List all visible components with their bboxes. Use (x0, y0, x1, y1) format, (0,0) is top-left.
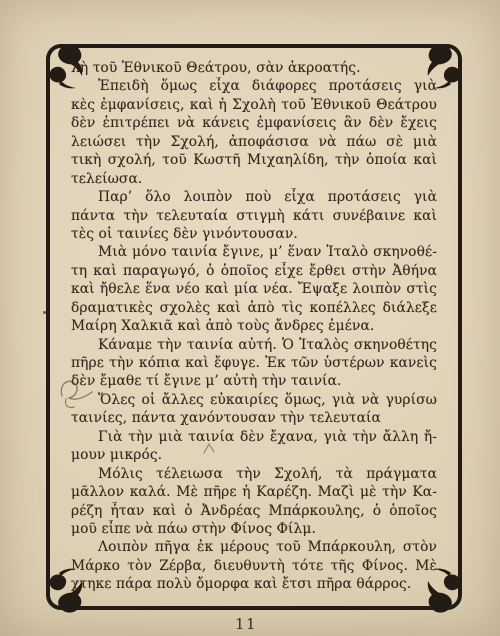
text-line: Παρ’ ὅλο λοιπὸν ποὺ εἶχα προτάσεις γιὰ τ… (71, 188, 437, 206)
text-line: μουν μικρός. (71, 446, 437, 464)
text-line: ρέζη ἦταν καὶ ὁ Ἀνδρέας Μπάρκουλης, ὁ ὁπ… (71, 502, 437, 520)
text-line: ταινίες, πάντα χανόντουσαν τὴν τελευταία… (71, 409, 437, 427)
text-line: δὲν ἐπιτρέπει νὰ κάνεις ἐμφανίσεις ἂν δὲ… (71, 114, 437, 132)
text-line: Λοιπὸν πῆγα ἐκ μέρους τοῦ Μπάρκουλη, στὸ… (71, 538, 437, 556)
pen-scribble-mark (56, 372, 114, 410)
text-line: Ὅλες οἱ ἄλλες εὐκαιρίες ὅμως, γιὰ νὰ γυρ… (71, 391, 437, 409)
text-line: Μόλις τέλειωσα τὴν Σχολή, τὰ πράγματα πῆ… (71, 465, 437, 483)
text-line: τελείωσα. (71, 170, 437, 188)
text-line: τικὴ σχολή, τοῦ Κωστῆ Μιχαηλίδη, τὴν ὁπο… (71, 151, 437, 169)
text-line: Κάναμε τὴν ταινία αὐτή. Ὁ Ἰταλὸς σκηνοθέ… (71, 336, 437, 354)
page-number: 11 (30, 615, 462, 633)
ink-speck (43, 311, 46, 314)
page-text: λὴ τοῦ Ἐθνικοῦ Θεάτρου, σὰν ἀκροατής. Ἐπ… (71, 59, 437, 594)
text-line: Μιὰ μόνο ταινία ἔγινε, μ’ ἕναν Ἰταλὸ σκη… (71, 243, 437, 261)
text-line: πάντα τὴν τελευταία στιγμὴ κάτι συνέβαιν… (71, 207, 437, 225)
text-line: λειώσει τὴν Σχολή, ἀποφάσισα νὰ πάω σὲ μ… (71, 133, 437, 151)
text-line: μᾶλλον καλά. Μὲ πῆρε ἡ Καρέζη. Μαζὶ μὲ τ… (71, 483, 437, 501)
text-line: μοῦ εἶπε νὰ πάω στὴν Φίνος Φίλμ. (71, 520, 437, 538)
scanned-book-page: λὴ τοῦ Ἐθνικοῦ Θεάτρου, σὰν ἀκροατής. Ἐπ… (0, 0, 500, 636)
text-line: Γιὰ τὴν μιὰ ταινία δὲν ἔχανα, γιὰ τὴν ἄλ… (71, 428, 437, 446)
text-line: χτηκε πάρα πολὺ ὄμορφα καὶ ἔτσι πῆρα θάρ… (71, 575, 437, 593)
text-line: τη καὶ παραγωγό, ὁ ὁποῖος εἶχε ἔρθει στὴ… (71, 262, 437, 280)
text-line: πῆρε τὴν κόπια καὶ ἔφυγε. Ἐκ τῶν ὑστέρων… (71, 354, 437, 372)
text-line: καὶ ἤθελε ἕνα νέο καὶ μία νέα. Ἔψαξε λοι… (71, 280, 437, 298)
pen-tick-mark (201, 441, 217, 456)
text-line: κὲς ἐμφανίσεις, καὶ ἡ Σχολὴ τοῦ Ἐθνικοῦ … (71, 96, 437, 114)
text-line: λὴ τοῦ Ἐθνικοῦ Θεάτρου, σὰν ἀκροατής. (71, 59, 437, 77)
text-line: Μάρκο τὸν Ζέρβα, διευθυντὴ τότε τῆς Φίνο… (71, 557, 437, 575)
text-line: δὲν ἔμαθε τί ἔγινε μ’ αὐτὴ τὴν ταινία. (71, 372, 437, 390)
text-line: τὲς οἱ ταινίες δὲν γινόντουσαν. (71, 225, 437, 243)
text-line: δραματικὲς σχολὲς καὶ ἀπὸ τὶς κοπέλλες δ… (71, 299, 437, 317)
text-line: Μαίρη Χαλκιᾶ καὶ ἀπὸ τοὺς ἄνδρες ἐμένα. (71, 317, 437, 335)
text-line: Ἐπειδὴ ὅμως εἶχα διάφορες προτάσεις γιὰ … (71, 77, 437, 95)
